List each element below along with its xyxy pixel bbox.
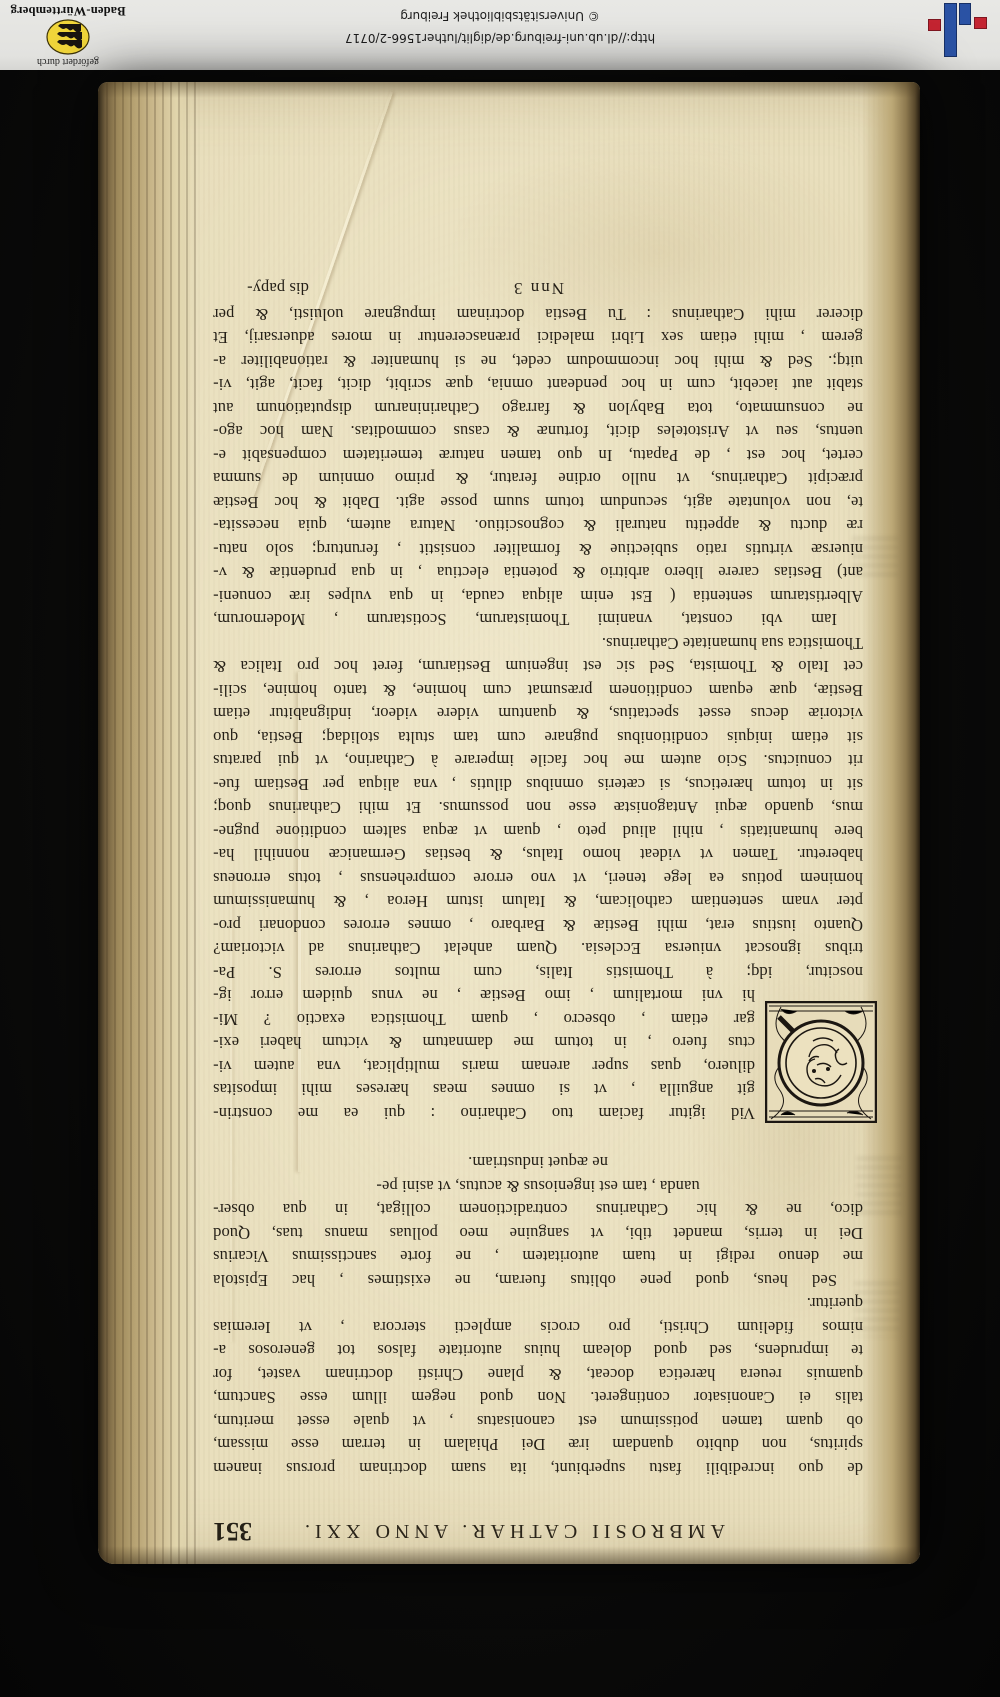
- text-line: te, non voluntate agit, secundum totum s…: [213, 491, 863, 515]
- text-line: Sed heus, quod pene oblitus fueram, ne e…: [213, 1269, 863, 1293]
- quire-signature: Nnn 3: [512, 280, 564, 299]
- text-line: de quo incredibili fastu superbiunt, ita…: [213, 1457, 863, 1481]
- text-line: mus, quando æqui Antagonistæ esse non po…: [213, 796, 863, 820]
- text-line: stabit aut iacebit, cum in hoc pendeant …: [213, 373, 863, 397]
- page-content-rotated: AMBROSII CATHAR. ANNO XXI. 351 de quo in…: [98, 82, 920, 1564]
- text-line: pter vnam sententiam catholicam, & Italu…: [213, 890, 863, 914]
- text-line: uanda , tam est ingeniosus & acutus, vt …: [213, 1175, 863, 1199]
- logo-blue-bar-tall: [944, 3, 957, 57]
- text-line: Iam vbi constat, vnanimi Thomistarum, Sc…: [213, 608, 863, 632]
- body-text: de quo incredibili fastu superbiunt, ita…: [213, 275, 863, 1481]
- text-line: Albertistarum sententia ( Est enim aliqu…: [213, 585, 863, 609]
- text-line: Thomistica sua humanitate Catharinus.: [213, 632, 863, 656]
- text-line: tribus ignoscat vniuersa Ecclesia. Quam …: [213, 937, 863, 961]
- scan-viewport: gefördert durch Baden-Württemberg http:/…: [0, 0, 1000, 1697]
- page-number: 351: [213, 1516, 252, 1546]
- text-line: nimos fidelium Christi, pro crocis ample…: [213, 1316, 863, 1340]
- text-line: bere humanitatis , nihil aliud peto , qu…: [213, 820, 863, 844]
- header-bar: gefördert durch Baden-Württemberg http:/…: [0, 0, 1000, 72]
- text-line: Dei in terris, mandet tibi, vt sanguine …: [213, 1222, 863, 1246]
- text-line: Bestiæ, quæ equam conditionem præsumat c…: [213, 679, 863, 703]
- text-line: gerem , mihi etiam sex Libri maledici pr…: [213, 326, 863, 350]
- text-line: quamuis reuera hæretica doceat, & plane …: [213, 1363, 863, 1387]
- text-line: certet, hoc est , de Papatu, In quo tame…: [213, 444, 863, 468]
- funding-label: gefördert durch: [37, 56, 99, 67]
- text-line: uitq;. Sed & mihi hoc incommodum cedet, …: [213, 350, 863, 374]
- signature-row: Nnn 3 dis papy-: [213, 275, 863, 301]
- running-head: AMBROSII CATHAR. ANNO XXI.: [300, 1519, 725, 1542]
- text-line: dicerer mihi Catharinus : Tu Bestia doct…: [213, 303, 863, 327]
- logo-red-square: [974, 17, 987, 29]
- ub-freiburg-logo-icon: [922, 2, 988, 60]
- running-head-row: AMBROSII CATHAR. ANNO XXI. 351: [213, 1518, 863, 1546]
- paragraph: Sed heus, quod pene oblitus fueram, ne e…: [213, 1151, 863, 1292]
- text-line: victoriæ decus esset spectatius, & quant…: [213, 702, 863, 726]
- woodcut-initial-Q-icon: [765, 1001, 877, 1123]
- text-line: me denuo redigi in tuam autoritatem , ne…: [213, 1245, 863, 1269]
- text-line: hominem potius ea lege teneri, vt vno er…: [213, 867, 863, 891]
- text-line: te imprudens, sed quod doleam huius auto…: [213, 1339, 863, 1363]
- book-page-scan: AMBROSII CATHAR. ANNO XXI. 351 de quo in…: [98, 82, 920, 1564]
- paragraph: de quo incredibili fastu superbiunt, ita…: [213, 1292, 863, 1480]
- text-line: ne consummato, tota Babylon & farrago Ca…: [213, 397, 863, 421]
- text-line: ne æquet industriam.: [213, 1151, 863, 1175]
- text-line: Quanto iustius erat, mihi Bestiæ & Barba…: [213, 914, 863, 938]
- text-line: ob quam tamen potissimum est canonisatus…: [213, 1410, 863, 1434]
- copyright-text: © Universitätsbibliothek Freiburg: [0, 6, 1000, 23]
- paragraph-with-initial: Vid igitur faciam tuo Catharino : qui ea…: [213, 632, 863, 1126]
- text-line: præcipit Catharinus, vt nullo ordine fer…: [213, 467, 863, 491]
- text-line: spiritus, non dubito quandam iræ Dei Phi…: [213, 1433, 863, 1457]
- text-line: ræ ductu & appetitu naturali & cognoscit…: [213, 514, 863, 538]
- logo-red-square: [928, 19, 941, 31]
- text-line: queritur.: [213, 1292, 863, 1316]
- text-line: haberetur. Tamen vt videat homo Italus, …: [213, 843, 863, 867]
- text-line: noscitur, idq; à Thomistis Italis, cum m…: [213, 961, 863, 985]
- catchword: dis papy-: [247, 277, 309, 301]
- text-line: cet Italo & Thomista, Sed sic est ingeni…: [213, 655, 863, 679]
- paragraph: Iam vbi constat, vnanimi Thomistarum, Sc…: [213, 303, 863, 632]
- text-line: talis ei Canonisator contingeret. Non qu…: [213, 1386, 863, 1410]
- text-line: rit conuictus. Scio autem me hoc facile …: [213, 749, 863, 773]
- scan-background: AMBROSII CATHAR. ANNO XXI. 351 de quo in…: [0, 70, 1000, 1697]
- source-url-text: http://dl.ub.uni-freiburg.de/diglit/luth…: [0, 27, 1000, 45]
- text-line: uentus, seu vt Aristoteles dicit, fortun…: [213, 420, 863, 444]
- text-line: niuersæ virtutis ratio subiectiue & form…: [213, 538, 863, 562]
- text-line: ant) Bestias carere libero arbitrio & po…: [213, 561, 863, 585]
- text-line: sit etiam iniquis conditionibus pugnare …: [213, 726, 863, 750]
- text-line: dico, ne & hic Catharinus contradictione…: [213, 1198, 863, 1222]
- logo-blue-bar-short: [959, 3, 971, 25]
- text-line: sit in totum hæreticus, si cæteris omnib…: [213, 773, 863, 797]
